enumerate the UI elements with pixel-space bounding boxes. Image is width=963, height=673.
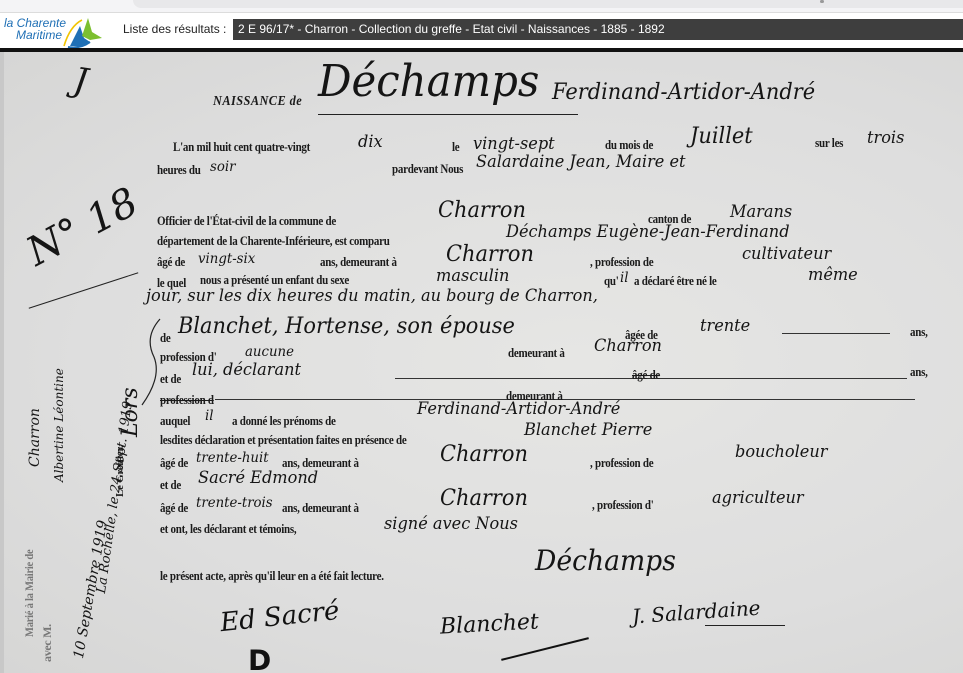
line7-hw-1: jour, sur les dix heures du matin, au bo…: [146, 286, 598, 306]
entry-number-underline: [29, 272, 139, 308]
line8-hw-1: Blanchet, Hortense, son épouse: [178, 314, 515, 339]
signature-blanchet-flourish: [501, 637, 589, 661]
line8-hw-2: trente: [700, 316, 750, 336]
birth-record-document: J NAISSANCE de Déchamps Ferdinand-Artido…: [0, 52, 963, 673]
address-area[interactable]: [133, 0, 963, 8]
line14-hw-2: Charron: [440, 442, 528, 467]
line10-text-2: âgé de: [632, 368, 660, 383]
signature-salardaine-flourish: [705, 625, 785, 626]
signature-salardaine: J. Salardaine: [631, 596, 761, 629]
margin-bracket: [140, 317, 162, 407]
margin-scribble: J: [71, 60, 90, 102]
line3-hw-1: Charron: [438, 198, 526, 223]
line5-hw-2: Charron: [446, 242, 534, 267]
margin-annotation-hw-1: Charron: [26, 408, 44, 467]
line1-hw-3: Juillet: [690, 124, 753, 149]
line5-hw-1: vingt-six: [198, 251, 255, 267]
line9-hw-2: Charron: [594, 336, 662, 356]
line5-hw-3: cultivateur: [742, 244, 831, 264]
line8-text-3: ans,: [910, 325, 928, 340]
heading-printed: NAISSANCE de: [213, 94, 302, 110]
line2-hw-2: Salardaine Jean, Maire et: [476, 152, 686, 172]
line17-text-1: et ont, les déclarant et témoins,: [160, 522, 296, 537]
line15-hw-1: Sacré Edmond: [198, 468, 318, 488]
line9-text-2: demeurant à: [508, 346, 565, 361]
line12-text-2: a donné les prénoms de: [232, 414, 336, 429]
margin-annotation: Marié à la Mairie de: [22, 538, 37, 637]
heading-given-names: Ferdinand-Artidor-André: [552, 80, 815, 105]
margin-printed-greffier: Le Greffier,: [114, 446, 126, 497]
line2-hw-1: soir: [210, 159, 235, 175]
line6-hw-3: même: [808, 265, 858, 285]
bottom-mark: 𝗗: [248, 644, 271, 673]
line13-hw-1: Blanchet Pierre: [524, 420, 652, 440]
margin-annotation-hw-2: Albertine Léontine: [50, 368, 68, 482]
line10-hw-1: lui, déclarant: [192, 360, 301, 380]
margin-printed-avec: avec M.: [40, 624, 54, 662]
line1-text-3: du mois de: [605, 138, 653, 153]
logo-line-2: Maritime: [3, 29, 67, 41]
drag-handle-icon[interactable]: [820, 0, 824, 3]
line12-hw-2: Ferdinand-Artidor-André: [417, 399, 620, 419]
margin-hw-albertine: Albertine Léontine: [52, 368, 66, 482]
line18-text-1: le présent acte, après qu'il leur en a é…: [160, 569, 384, 584]
line14-text-3: , profession de: [590, 456, 653, 471]
line14-hw-3: boucholeur: [735, 442, 827, 462]
line16-hw-3: agriculteur: [712, 488, 804, 508]
line16-hw-1: trente-trois: [196, 495, 273, 511]
line1-hw-1: dix: [358, 132, 383, 152]
line16-text-1: âgé de: [160, 501, 188, 516]
line6-text-3: qu': [604, 274, 619, 289]
line11-text-1: profession d: [160, 393, 214, 408]
margin-printed-married: Marié à la Mairie de: [22, 550, 37, 637]
line6-hw-1: masculin: [436, 266, 509, 286]
line12-hw-1: il: [205, 408, 214, 424]
line6-hw-2: il: [620, 270, 629, 286]
line1-text-4: sur les: [815, 136, 843, 151]
charente-maritime-logo[interactable]: la Charente Maritime: [0, 16, 112, 48]
bird-logo-icon: [60, 16, 106, 50]
line9-hw-1: aucune: [245, 344, 294, 360]
document-image-viewer[interactable]: J NAISSANCE de Déchamps Ferdinand-Artido…: [0, 52, 963, 673]
line13-text-1: lesdites déclaration et présentation fai…: [160, 433, 407, 448]
line5-text-2: ans, demeurant à: [320, 255, 397, 270]
line1-text-2: le: [452, 140, 459, 155]
line15-text-1: et de: [160, 478, 181, 493]
line4-hw-1: Déchamps Eugène-Jean-Ferdinand: [506, 222, 790, 242]
line12-text-1: auquel: [160, 414, 190, 429]
browser-top-strip: [0, 0, 963, 12]
line3-hw-2: Marans: [730, 202, 792, 222]
line1-hw-2: vingt-sept: [473, 134, 555, 154]
line2-text-1: heures du: [157, 163, 201, 178]
line14-text-1: âgé de: [160, 456, 188, 471]
line2-text-2: pardevant Nous: [392, 162, 463, 177]
margin-hw-charron: Charron: [27, 408, 43, 467]
line6-text-4: a déclaré être né le: [634, 274, 716, 289]
entry-number: N° 18: [19, 179, 145, 275]
line1-text-1: L'an mil huit cent quatre-vingt: [173, 140, 310, 155]
line14-hw-1: trente-huit: [196, 450, 269, 466]
line8-blank: [782, 333, 890, 334]
signature-blanchet: Blanchet: [439, 609, 539, 639]
line3-text-1: Officier de l'État-civil de la commune d…: [157, 214, 336, 229]
logo-text: la Charente Maritime: [3, 17, 67, 41]
results-list-label: Liste des résultats :: [123, 22, 226, 36]
result-title-bar: 2 E 96/17* - Charron - Collection du gre…: [233, 19, 963, 40]
app-header: la Charente Maritime Liste des résultats…: [0, 12, 963, 48]
line10-text-1: et de: [160, 372, 181, 387]
line16-text-3: , profession d': [592, 498, 654, 513]
line10-text-3: ans,: [910, 365, 928, 380]
line5-text-3: , profession de: [590, 255, 653, 270]
line16-hw-2: Charron: [440, 486, 528, 511]
line17-hw-1: signé avec Nous: [384, 514, 518, 534]
line1-hw-4: trois: [867, 128, 904, 148]
heading-surname: Déchamps: [318, 56, 539, 107]
line16-text-2: ans, demeurant à: [282, 501, 359, 516]
line4-text-1: département de la Charente-Inférieure, e…: [157, 234, 390, 249]
margin-annotation-greffier: Le Greffier,: [110, 446, 128, 497]
signature-sacre: Ed Sacré: [219, 596, 341, 638]
margin-annotation-2: avec M.: [38, 624, 56, 662]
line5-text-1: âgé de: [157, 255, 185, 270]
line18-hw-1: Déchamps: [535, 544, 676, 577]
heading-underline: [318, 114, 578, 115]
